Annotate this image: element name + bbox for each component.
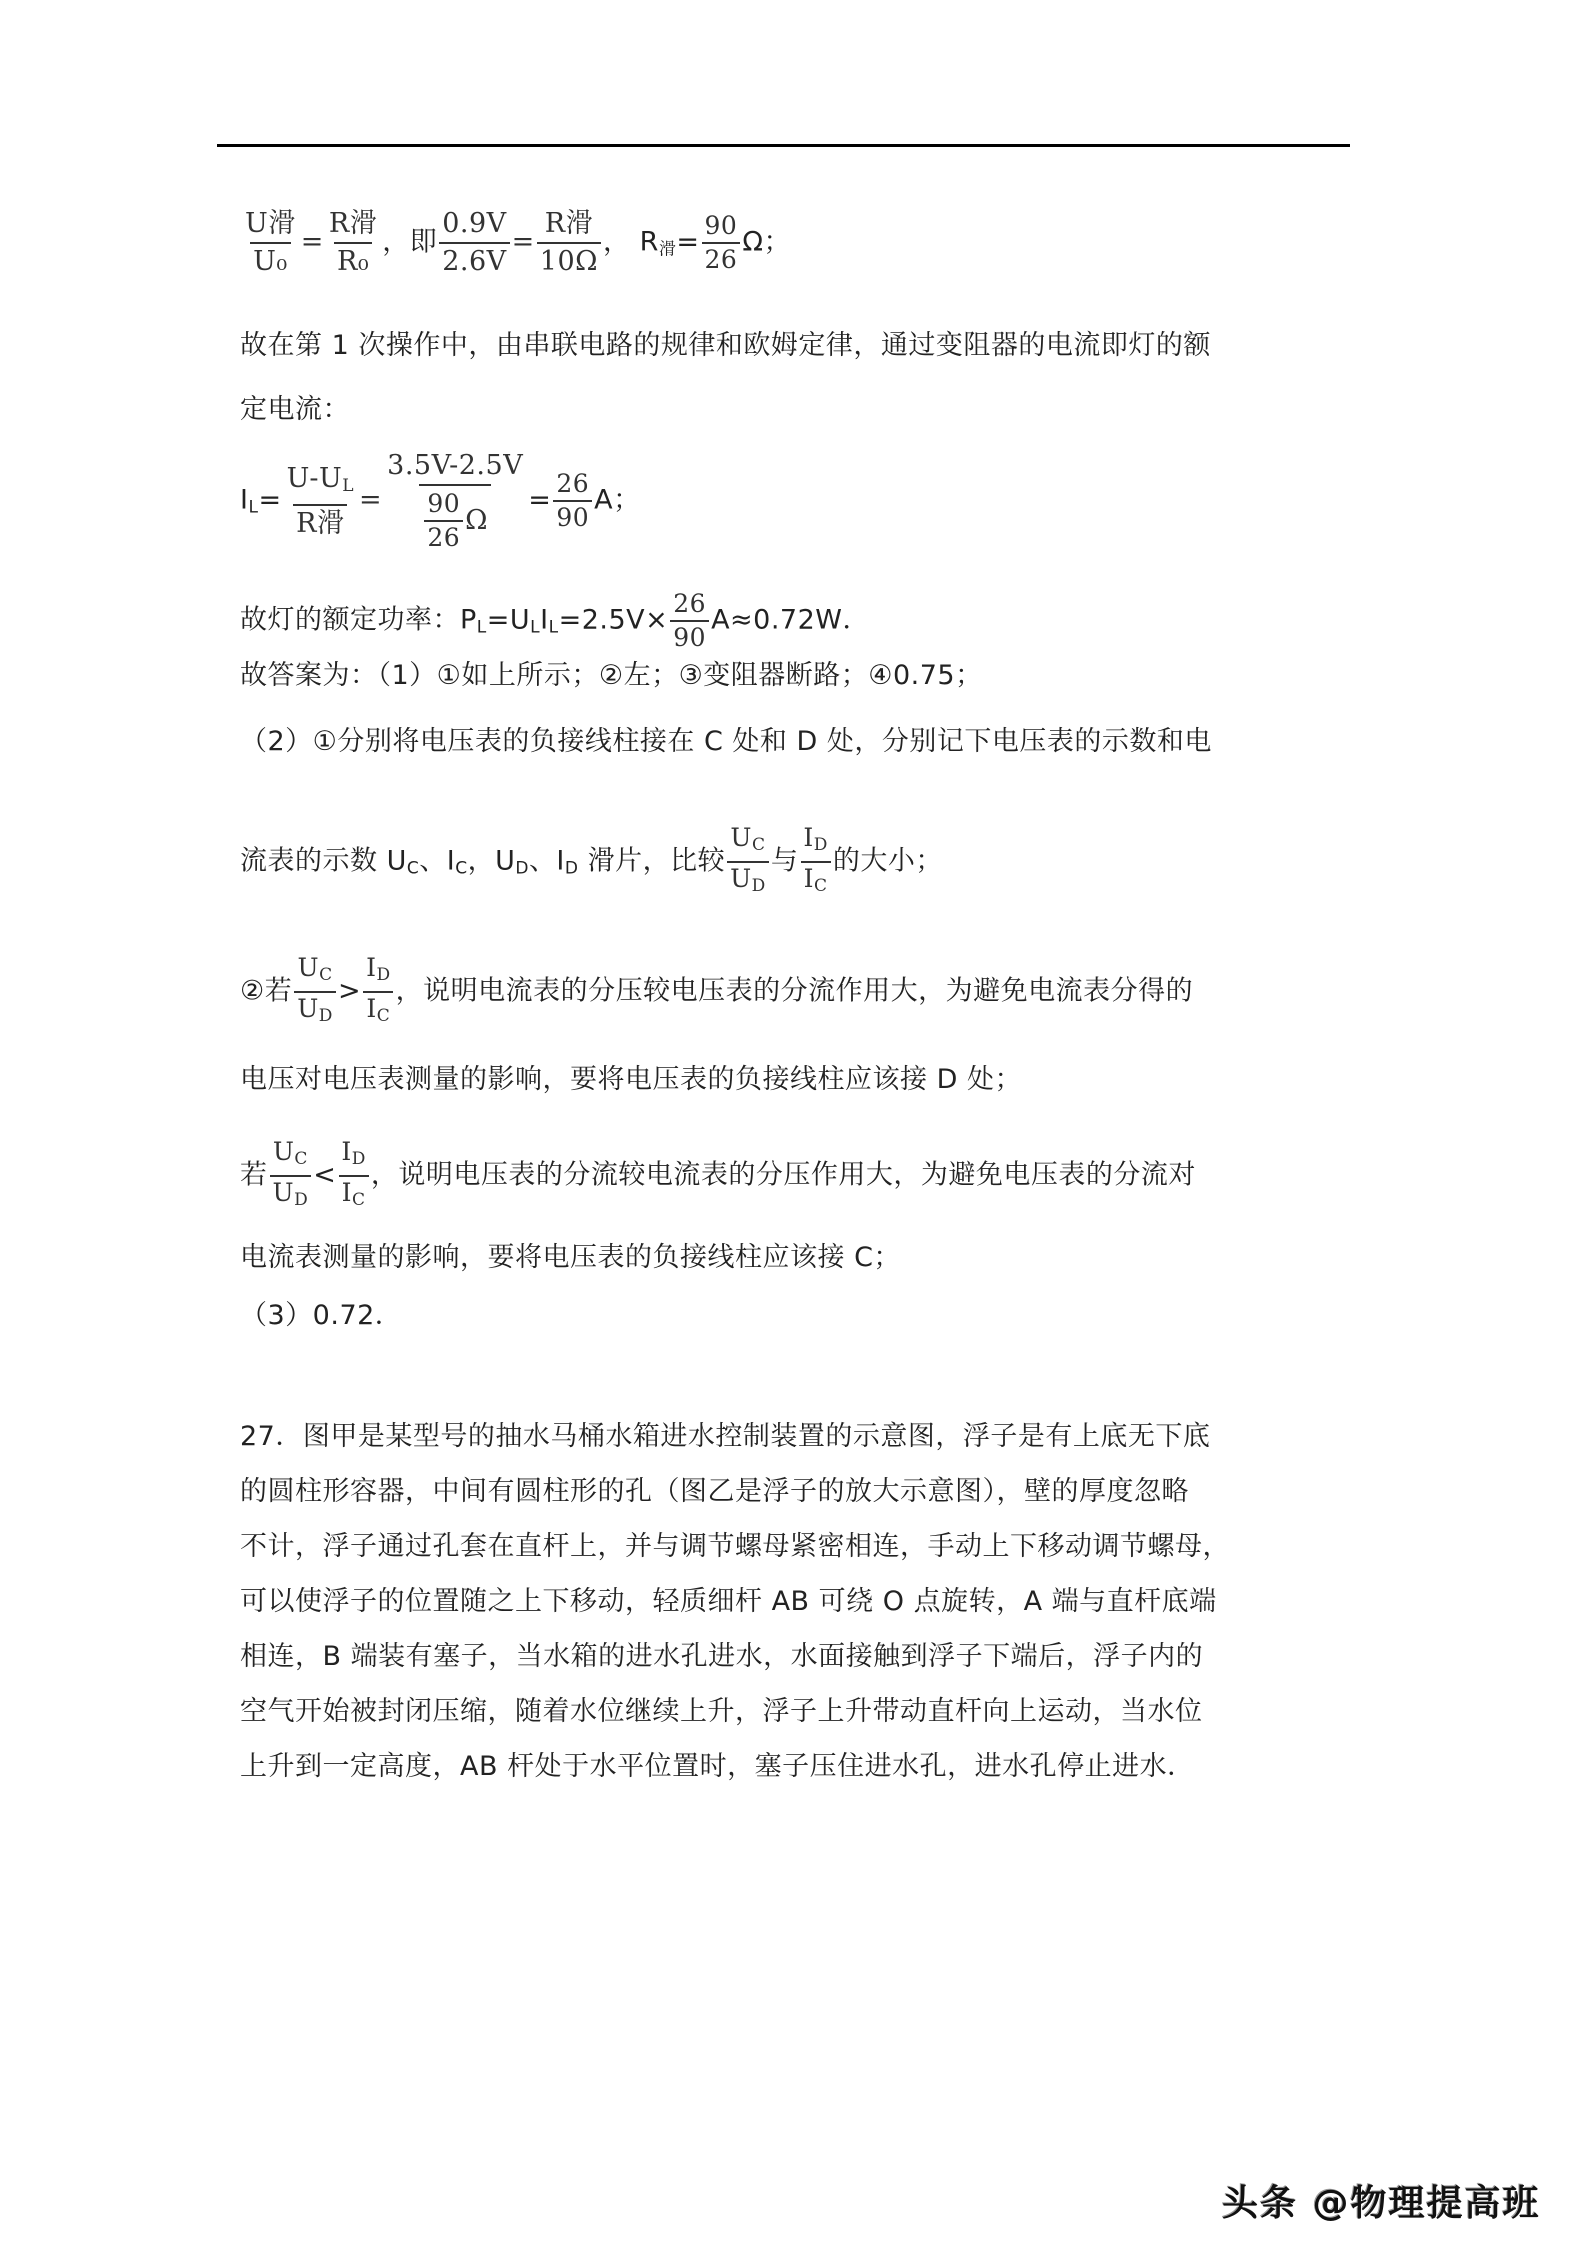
r-label: R xyxy=(640,227,659,258)
answer-case-greater: ②若 UC UD > ID IC ，说明电流表的分压较电压表的分流作用大，为避免… xyxy=(240,952,1193,1032)
fraction-uc-ud: UC UD xyxy=(727,822,769,902)
power-result: A≈0.72W． xyxy=(711,605,870,636)
text: 、I xyxy=(419,846,455,877)
numerator-text: U-U xyxy=(287,463,343,494)
question-27-line: 的圆柱形容器，中间有圆柱形的孔（图乙是浮子的放大示意图），壁的厚度忽略 xyxy=(240,1472,1189,1512)
less-than: < xyxy=(313,1160,336,1191)
ohm-unit: Ω xyxy=(465,503,488,539)
fraction-id-ic: ID IC xyxy=(338,1136,369,1216)
fraction-denominator: 90 xyxy=(670,620,709,654)
equation-ratio-divider: U滑 U₀ = R滑 R₀ ，即 0.9V 2.6V = R滑 10Ω ， R滑… xyxy=(240,206,791,280)
fraction-denominator: UD xyxy=(270,1175,312,1216)
watermark: 头条 @物理提高班 xyxy=(1222,2175,1541,2226)
fraction-r-result: 90 26 xyxy=(702,210,741,276)
fraction-uc-ud: UC UD xyxy=(270,1136,312,1216)
fraction-numerator: 3.5V-2.5V xyxy=(384,448,526,484)
answer-part-3: （3）0.72． xyxy=(240,1296,402,1336)
text: ，说明电压表的分流较电流表的分压作用大，为避免电压表的分流对 xyxy=(371,1160,1196,1191)
power-symbol: P xyxy=(460,605,477,636)
text: 若 xyxy=(240,1160,268,1191)
fraction-numerator: ID xyxy=(338,1136,369,1175)
fraction-denominator: 90 xyxy=(553,500,592,534)
equation-rated-power: 故灯的额定功率：PL=ULIL=2.5V× 26 90 A≈0.72W． xyxy=(240,588,870,654)
question-27-line: 上升到一定高度，AB 杆处于水平位置时，塞子压住进水孔，进水孔停止进水． xyxy=(240,1747,1195,1787)
subscript: L xyxy=(549,618,559,638)
subscript: L xyxy=(477,618,487,638)
fraction-voltage-values: 0.9V 2.6V xyxy=(439,206,509,280)
fraction-numerator: ID xyxy=(363,952,394,991)
subscript: C xyxy=(407,859,419,879)
fraction-denominator: UD xyxy=(727,861,769,902)
fraction-numerator: 90 xyxy=(424,488,463,520)
text: 的大小； xyxy=(833,846,943,877)
fraction-numerator: U-UL xyxy=(284,461,357,504)
fraction-numerator: 26 xyxy=(670,588,709,620)
paragraph-line: 电流表测量的影响，要将电压表的负接线柱应该接 C； xyxy=(240,1238,901,1278)
comma: ， xyxy=(603,227,631,258)
fraction-denominator: 9026Ω xyxy=(419,484,491,554)
fraction-numerator: UC xyxy=(295,952,336,991)
answer-part-2-line: （2）①分别将电压表的负接线柱接在 C 处和 D 处，分别记下电压表的示数和电 xyxy=(240,722,1212,762)
fraction-numerator: 90 xyxy=(702,210,741,242)
paragraph-line: 定电流： xyxy=(240,390,350,430)
ohm-unit: Ω； xyxy=(742,227,791,258)
fraction-denominator: U₀ xyxy=(250,242,291,280)
fraction-id-ic: ID IC xyxy=(363,952,394,1032)
fraction-denominator: IC xyxy=(801,861,831,902)
paragraph-line: 故在第 1 次操作中，由串联电路的规律和欧姆定律，通过变阻器的电流即灯的额 xyxy=(240,326,1211,366)
fraction-formula: U-UL R滑 xyxy=(284,461,357,542)
question-27-line: 空气开始被封闭压缩，随着水位继续上升，浮子上升带动直杆向上运动，当水位 xyxy=(240,1692,1203,1732)
answer-case-less: 若 UC UD < ID IC ，说明电压表的分流较电流表的分压作用大，为避免电… xyxy=(240,1136,1196,1216)
fraction-denominator: UD xyxy=(294,991,336,1032)
fraction-numerator: ID xyxy=(800,822,831,861)
fraction-denominator: 26 xyxy=(702,242,741,276)
equals-sign: = xyxy=(301,227,324,258)
fraction-numerator: 0.9V xyxy=(439,206,509,242)
paragraph-line: 电压对电压表测量的影响，要将电压表的负接线柱应该接 D 处； xyxy=(240,1060,1022,1100)
equals-sign: = xyxy=(512,227,535,258)
fraction-u-ratio: U滑 U₀ xyxy=(242,206,299,280)
fraction-resistance-values: R滑 10Ω xyxy=(537,206,601,280)
answer-part-2-compare: 流表的示数 UC、IC，UD、ID 滑片，比较 UC UD 与 ID IC 的大… xyxy=(240,822,943,902)
nested-fraction: 9026 xyxy=(424,488,463,554)
current-symbol: I xyxy=(540,605,548,636)
r-subscript: 滑 xyxy=(659,240,677,260)
fraction-denominator: 10Ω xyxy=(537,242,601,280)
question-27-line: 可以使浮子的位置随之上下移动，轻质细杆 AB 可绕 O 点旋转，A 端与直杆底端 xyxy=(240,1582,1217,1622)
fraction-uc-ud: UC UD xyxy=(294,952,336,1032)
text: ②若 xyxy=(240,976,292,1007)
fraction-numerator: U滑 xyxy=(242,206,299,242)
voltage-symbol: =U xyxy=(487,605,530,636)
text: ，说明电流表的分压较电压表的分流作用大，为避免电流表分得的 xyxy=(396,976,1194,1007)
subscript: D xyxy=(515,859,529,879)
current-subscript: L xyxy=(248,498,258,518)
ampere-unit: A； xyxy=(594,485,640,516)
fraction-values: 3.5V-2.5V 9026Ω xyxy=(384,448,526,554)
text-ji: ，即 xyxy=(382,227,437,258)
fraction-numerator: UC xyxy=(727,822,768,861)
fraction-numerator: R滑 xyxy=(326,206,380,242)
answer-part-1: 故答案为：（1）①如上所示；②左；③变阻器断路；④0.75； xyxy=(240,656,983,696)
fraction-numerator: UC xyxy=(270,1136,311,1175)
question-27-line: 相连，B 端装有塞子，当水箱的进水孔进水，水面接触到浮子下端后，浮子内的 xyxy=(240,1637,1203,1677)
fraction-current: 26 90 xyxy=(670,588,709,654)
equals-sign: = xyxy=(359,485,382,516)
question-27-line: 不计，浮子通过孔套在直杆上，并与调节螺母紧密相连，手动上下移动调节螺母， xyxy=(240,1527,1230,1567)
text: 、I xyxy=(529,846,565,877)
power-label: 故灯的额定功率： xyxy=(240,605,460,636)
text: ，U xyxy=(468,846,516,877)
fraction-denominator: IC xyxy=(363,991,393,1032)
subscript: L xyxy=(342,476,354,496)
equation-lamp-current: IL= U-UL R滑 = 3.5V-2.5V 9026Ω = 26 90 A； xyxy=(240,448,641,554)
text: 流表的示数 U xyxy=(240,846,407,877)
fraction-denominator: 2.6V xyxy=(439,242,509,280)
fraction-r-ratio: R滑 R₀ xyxy=(326,206,380,280)
equals-sign: = xyxy=(258,485,281,516)
fraction-denominator: R滑 xyxy=(293,504,347,542)
fraction-id-ic: ID IC xyxy=(800,822,831,902)
fraction-denominator: IC xyxy=(339,1175,369,1216)
subscript: L xyxy=(530,618,540,638)
fraction-result: 26 90 xyxy=(553,468,592,534)
equals-sign: = xyxy=(676,227,699,258)
subscript: D xyxy=(565,859,579,879)
fraction-numerator: 26 xyxy=(553,468,592,500)
fraction-denominator: R₀ xyxy=(334,242,372,280)
fraction-numerator: R滑 xyxy=(542,206,596,242)
fraction-denominator: 26 xyxy=(424,520,463,554)
question-27-line: 27．图甲是某型号的抽水马桶水箱进水控制装置的示意图，浮子是有上底无下底 xyxy=(240,1417,1210,1457)
header-rule xyxy=(217,144,1350,147)
power-value: =2.5V× xyxy=(559,605,669,636)
greater-than: > xyxy=(338,976,361,1007)
text: 滑片，比较 xyxy=(579,846,726,877)
subscript: C xyxy=(455,859,467,879)
text: 与 xyxy=(771,846,799,877)
equals-sign: = xyxy=(528,485,551,516)
